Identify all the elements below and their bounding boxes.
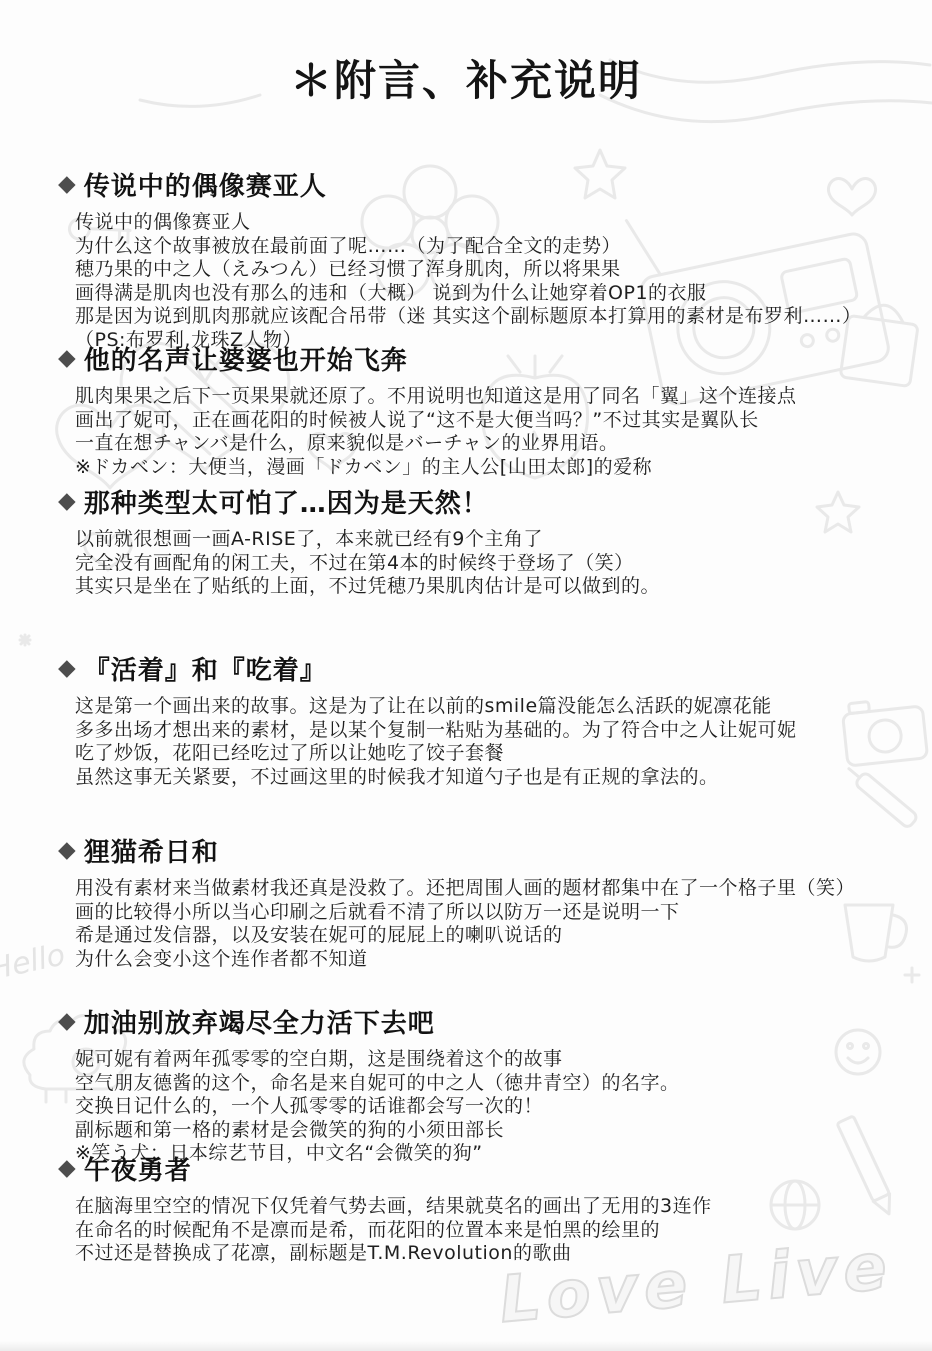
- section-body: 用没有素材来当做素材我还真是没救了。还把周围人画的题材都集中在了一个格子里（笑）…: [75, 877, 916, 971]
- section-body: 妮可妮有着两年孤零零的空白期，这是围绕着这个的故事 空气朋友德酱的这个，命名是来…: [75, 1048, 916, 1166]
- section-heading: ◆传说中的偶像赛亚人: [58, 166, 916, 203]
- section-heading-text: 他的名声让婆婆也开始飞奔: [84, 340, 408, 377]
- section-heading: ◆加油别放弃竭尽全力活下去吧: [58, 1003, 916, 1040]
- section-famous-voice: ◆他的名声让婆婆也开始飞奔 肌肉果果之后下一页果果就还原了。不用说明也知道这是用…: [58, 340, 916, 479]
- section-body: 在脑海里空空的情况下仅凭着气势去画，结果就莫名的画出了无用的3连作 在命名的时候…: [75, 1195, 916, 1266]
- section-legendary-idol-saiyan: ◆传说中的偶像赛亚人 传说中的偶像赛亚人 为什么这个故事被放在最前面了呢……（为…: [58, 166, 916, 353]
- section-heading-text: 『活着』和『吃着』: [84, 650, 327, 687]
- diamond-bullet-icon: ◆: [58, 657, 77, 680]
- section-heading: ◆狸猫希日和: [58, 832, 916, 869]
- section-tanuki-nozomi: ◆狸猫希日和 用没有素材来当做素材我还真是没救了。还把周围人画的题材都集中在了一…: [58, 832, 916, 971]
- section-body: 传说中的偶像赛亚人 为什么这个故事被放在最前面了呢……（为了配合全文的走势） 穂…: [75, 211, 916, 353]
- diamond-bullet-icon: ◆: [58, 1010, 77, 1033]
- section-heading-text: 加油别放弃竭尽全力活下去吧: [84, 1003, 435, 1040]
- section-heading-text: 传说中的偶像赛亚人: [84, 166, 327, 203]
- diamond-bullet-icon: ◆: [58, 1157, 77, 1180]
- scan-edge: [0, 1341, 932, 1351]
- page-title: ＊附言、补充说明: [0, 48, 932, 108]
- section-midnight-hero: ◆午夜勇者 在脑海里空空的情况下仅凭着气势去画，结果就莫名的画出了无用的3连作 …: [58, 1150, 916, 1266]
- section-heading: ◆他的名声让婆婆也开始飞奔: [58, 340, 916, 377]
- section-too-scary-natural: ◆那种类型太可怕了…因为是天然！ 以前就很想画一画A-RISE了，本来就已经有9…: [58, 483, 916, 599]
- scanned-page: Hello Love Live ＊附言、补充说明 ◆传说中的偶像赛亚人 传说中的…: [0, 0, 932, 1351]
- diamond-bullet-icon: ◆: [58, 490, 77, 513]
- diamond-bullet-icon: ◆: [58, 173, 77, 196]
- section-dont-give-up: ◆加油别放弃竭尽全力活下去吧 妮可妮有着两年孤零零的空白期，这是围绕着这个的故事…: [58, 1003, 916, 1166]
- section-body: 肌肉果果之后下一页果果就还原了。不用说明也知道这是用了同名「翼」这个连接点 画出…: [75, 385, 916, 479]
- section-living-and-eating: ◆『活着』和『吃着』 这是第一个画出来的故事。这是为了让在以前的smile篇没能…: [58, 650, 916, 789]
- section-heading-text: 午夜勇者: [84, 1150, 192, 1187]
- section-body: 这是第一个画出来的故事。这是为了让在以前的smile篇没能怎么活跃的妮凛花能 多…: [75, 695, 916, 789]
- section-body: 以前就很想画一画A-RISE了，本来就已经有9个主角了 完全没有画配角的闲工夫，…: [75, 528, 916, 599]
- section-heading: ◆那种类型太可怕了…因为是天然！: [58, 483, 916, 520]
- diamond-bullet-icon: ◆: [58, 839, 77, 862]
- section-heading: ◆午夜勇者: [58, 1150, 916, 1187]
- section-heading-text: 狸猫希日和: [84, 832, 219, 869]
- diamond-bullet-icon: ◆: [58, 347, 77, 370]
- section-heading: ◆『活着』和『吃着』: [58, 650, 916, 687]
- section-heading-text: 那种类型太可怕了…因为是天然！: [84, 483, 489, 520]
